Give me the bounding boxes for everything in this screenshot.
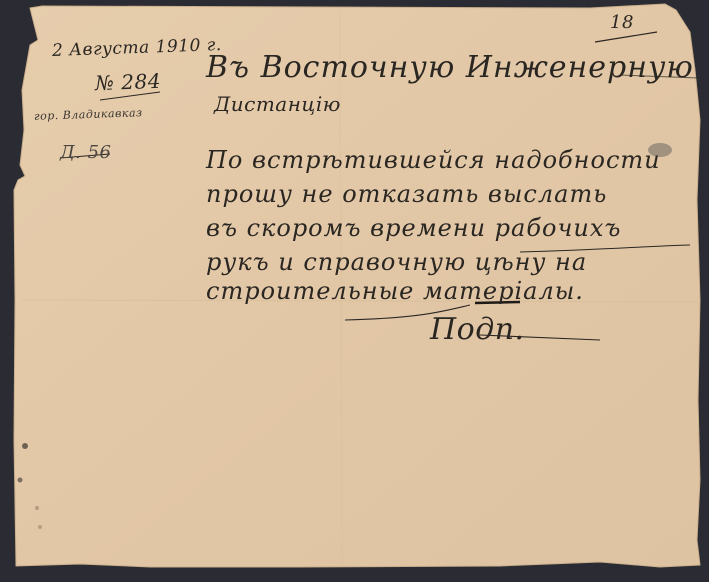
body-line: рукъ и справочную цѣну на	[206, 248, 587, 276]
body-line: По встрѣтившейся надобности	[206, 146, 661, 174]
paper-sheet: 2 Августа 1910 г. № 284 гор. Владикавказ…	[0, 0, 709, 582]
margin-number: № 284	[95, 69, 162, 95]
body-line: строительные матеріалы.	[206, 277, 584, 305]
signature: Подп.	[430, 312, 525, 347]
body-line: прошу не отказать выслать	[206, 180, 607, 208]
body-line: въ скоромъ времени рабочихъ	[206, 214, 621, 242]
addressee-line-2: Дистанцію	[214, 92, 341, 116]
addressee-line-1: Въ Восточную Инженерную	[206, 50, 694, 85]
margin-folio: Д. 56	[60, 142, 111, 163]
page-number: 18	[610, 12, 634, 33]
